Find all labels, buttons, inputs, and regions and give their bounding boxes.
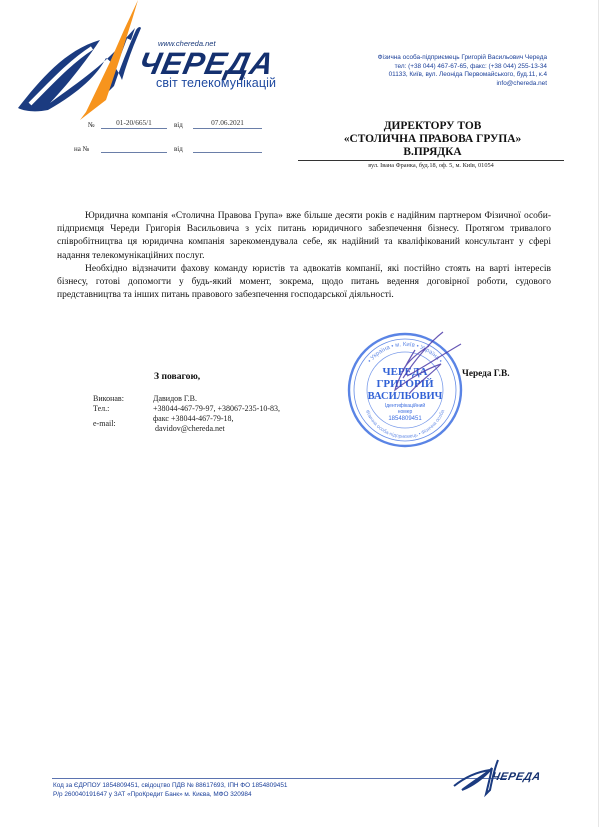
signer-name: Череда Г.В. bbox=[462, 369, 510, 379]
footer-brand: ЧЕРЕДА bbox=[491, 771, 542, 783]
reply-to-label: на № bbox=[74, 145, 89, 153]
addressee-address: вул. Івана Франка, буд.18, оф. 5, м. Киї… bbox=[300, 162, 562, 169]
phone-value: +38044-467-79-97, +38067-235-10-83, bbox=[153, 404, 280, 414]
reply-to-field bbox=[101, 142, 167, 153]
sender-name: Фізична особа-підприємець Григорій Васил… bbox=[378, 54, 547, 63]
addressee-divider bbox=[298, 160, 564, 161]
body-paragraph: Необхідно відзначити фахову команду юрис… bbox=[57, 263, 551, 303]
letter-body: Юридична компанія «Столична Правова Груп… bbox=[57, 210, 551, 302]
date-field: 07.06.2021 bbox=[193, 118, 262, 129]
executor-label: Виконав: bbox=[93, 394, 124, 404]
footer-divider bbox=[52, 778, 507, 779]
sender-email: info@chereda.net bbox=[378, 80, 547, 89]
svg-text:номер: номер bbox=[398, 409, 413, 415]
body-paragraph: Юридична компанія «Столична Правова Груп… bbox=[57, 210, 551, 263]
svg-text:ГРИГОРІЙ: ГРИГОРІЙ bbox=[376, 378, 434, 390]
svg-text:1854809451: 1854809451 bbox=[388, 416, 422, 422]
footer-codes: Код за ЄДРПОУ 1854809451, свідоцтво ПДВ … bbox=[53, 782, 287, 791]
fax-value: факс +38044-467-79-18, bbox=[153, 414, 233, 424]
logo-tagline: світ телекомунікацій bbox=[156, 76, 276, 90]
executor-name: Давидов Г.В. bbox=[153, 394, 197, 404]
reply-date-label: від bbox=[174, 145, 183, 153]
footer-bank: Р/р 260040191647 у ЗАТ «ПроКредит Банк» … bbox=[53, 791, 287, 800]
official-stamp: • Україна • м. Київ • Україна • Фізична … bbox=[345, 330, 465, 450]
sender-info: Фізична особа-підприємець Григорій Васил… bbox=[378, 54, 547, 88]
sender-address: 01133, Київ, вул. Леоніда Первомайського… bbox=[378, 71, 547, 80]
number-field: 01-20/665/1 bbox=[101, 118, 167, 129]
email-value: davidov@chereda.net bbox=[155, 424, 225, 434]
addressee-company: «СТОЛИЧНА ПРАВОВА ГРУПА» bbox=[300, 133, 565, 146]
reply-date-field bbox=[193, 142, 262, 153]
phone-label: Тел.: bbox=[93, 404, 109, 414]
svg-text:Ідентифікаційний: Ідентифікаційний bbox=[385, 402, 426, 409]
addressee-block: ДИРЕКТОРУ ТОВ «СТОЛИЧНА ПРАВОВА ГРУПА» В… bbox=[300, 120, 565, 159]
stamp-seal-icon: • Україна • м. Київ • Україна • Фізична … bbox=[345, 330, 465, 450]
footer-requisites: Код за ЄДРПОУ 1854809451, свідоцтво ПДВ … bbox=[53, 782, 287, 799]
addressee-name: В.ПРЯДКА bbox=[300, 146, 565, 159]
company-logo: www.chereda.net ЧЕРЕДА світ телекомуніка… bbox=[10, 0, 310, 120]
svg-text:• Україна • м. Київ • Україна: • Україна • м. Київ • Україна • bbox=[367, 342, 443, 364]
closing-salutation: З повагою, bbox=[154, 371, 200, 382]
addressee-title: ДИРЕКТОРУ ТОВ bbox=[300, 120, 565, 133]
date-label: від bbox=[174, 121, 183, 129]
page-edge bbox=[598, 0, 599, 827]
email-label: e-mail: bbox=[93, 419, 116, 429]
svg-text:ВАСИЛЬОВИЧ: ВАСИЛЬОВИЧ bbox=[368, 391, 443, 402]
sender-phone: тел: (+38 044) 467-67-65, факс: (+38 044… bbox=[378, 63, 547, 72]
number-label: № bbox=[88, 121, 95, 129]
